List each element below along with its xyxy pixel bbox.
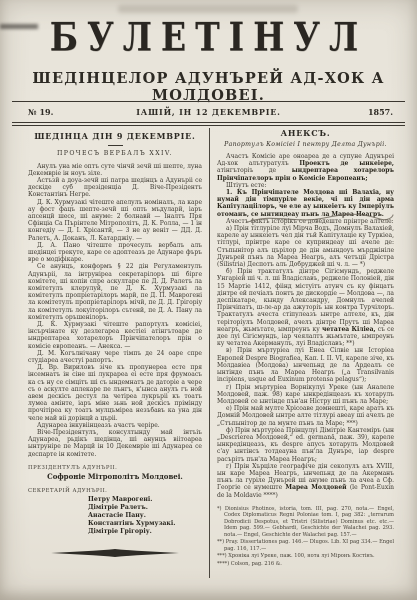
footnotes-block: *) Dionisius Photinos, istoria, tom. III… <box>217 506 394 568</box>
footnote: ***) Хроніка луі Уреке, паж. 100, нота л… <box>217 553 394 560</box>
footnote: ****) Colson, pag. 216 &. <box>217 561 394 568</box>
president-label: ПРЕЗІДЕНТУЛЪ АДУНЪРІІ. <box>28 465 202 471</box>
secretary-name: Константінъ Хурмузакі. <box>88 520 202 528</box>
text-segment: б) Прін трактатулъ дінтре Сігісмундъ, ре… <box>217 268 394 333</box>
place-and-date: ІАШІЙ, ІН 12 ДЕКЕМВРІЕ. <box>0 107 417 117</box>
column-divider-rule <box>209 128 210 578</box>
session-heading: ШЕДІНЦА ДІН 9 ДЕКЕМВРІЕ. <box>28 131 202 141</box>
list-item-f: ф) Прін мъртуріеа Прінцулуі Дімітріе Кан… <box>217 427 394 463</box>
body-paragraph: Д. К. Хурмузакі чітеште рапортулъ комісі… <box>28 321 202 350</box>
body-paragraph: Д. А. Пано чітеште прочесулъ вербалъ алъ… <box>28 242 202 264</box>
tapered-end-divider <box>51 549 179 557</box>
body-paragraph: Се анунцъ, конформъ § 22 дін Регуламенту… <box>28 263 202 321</box>
secretary-name: Дімітріе Ралетъ. <box>88 504 202 512</box>
bold-text-segment: Мареа Молдовей <box>285 484 346 491</box>
bold-text-segment: Проектъ де ынкеіере, <box>299 160 394 167</box>
left-column: ШЕДІНЦА ДІН 9 ДЕКЕМВРІЕ. ПРОЧЕСЪ ВЕРБАЛЪ… <box>28 131 202 557</box>
annex-heading: АНЕКСЪ. <box>217 128 394 138</box>
list-item-c: в) Прін мъртуріеа луі Енеа Сілвіе ын Іст… <box>217 347 394 383</box>
masthead-title: БУЛЕТІНУЛ <box>0 14 417 60</box>
masthead-subtitle: ШЕДІНЦЕЛОР АДУНЪРЕЙ АД-ХОК А МОЛДОВЕІ. <box>0 70 417 104</box>
bold-text-segment: четатеа Кіліеа, <box>322 326 376 333</box>
list-item-e: е) Прін май мулте Хрісоаве домнешті, кар… <box>217 405 394 427</box>
body-paragraph: Д. М. Когълнічану чере тімпъ де 24 оаре … <box>28 350 202 364</box>
secretary-name: Петру Маврогені. <box>88 496 202 504</box>
body-paragraph: Віче-Презідентулъ, консултынду май інтъі… <box>28 429 202 458</box>
proces-verbal-subheading: ПРОЧЕСЪ ВЕРБАЛЪ XXIV. <box>28 150 202 157</box>
body-paragraph: Адунареа інкувіінцеазъ ачастъ черіре. <box>28 422 202 429</box>
annex-intro-paragraph: Ачастъ Комісіе аре оноареа де а супуне А… <box>217 153 394 182</box>
footnote: **) Pray. Dissertationes pag. 146.— Dlug… <box>217 539 394 552</box>
pen-squiggle-annotation <box>246 211 396 227</box>
list-item-d: г) Прін мъртуріеа Ворнікулуі Уреке (ын А… <box>217 384 394 406</box>
body-paragraph: Астъзй а доуа-зечй ші патра шедінцъ а Ад… <box>28 177 202 199</box>
dateline-bottom-double-rule <box>12 122 405 126</box>
heading-divider <box>108 145 123 146</box>
body-paragraph: Анулъ уна міе оптъ суте чінчй зечй ші ше… <box>28 163 202 177</box>
secretary-name: Дімітріе Грігоріу. <box>88 528 202 536</box>
year: 1857. <box>368 107 393 117</box>
dateline: № 19. ІАШІЙ, ІН 12 ДЕКЕМВРІЕ. 1857. <box>0 104 417 120</box>
body-paragraph: Д. Вр. Вириловъ зіче къ пропунереа есте … <box>28 364 202 422</box>
secretary-name: Анастасіе Пану. <box>88 512 202 520</box>
body-paragraph: Д. К. Хурмузакі чітеште апелулъ номіналъ… <box>28 199 202 242</box>
right-column: АНЕКСЪ. Рапортулъ Комісіеі І пентру Делт… <box>217 128 394 568</box>
annex-report-subtitle: Рапортулъ Комісіеі І пентру Делта Дунърі… <box>217 141 394 148</box>
president-signature: Софроніе Мітрополітъ Молдовеі. <box>28 472 202 481</box>
list-item-b: б) Прін трактатулъ дінтре Сігісмундъ, ре… <box>217 268 394 347</box>
known-line: Штіутъ есте: <box>217 182 394 189</box>
footnote: *) Dionisius Photinos, istoria, tom. III… <box>217 506 394 539</box>
scanned-newspaper-page: БУЛЕТІНУЛ ШЕДІНЦЕЛОР АДУНЪРЕЙ АД-ХОК А М… <box>0 0 417 600</box>
secretaries-label: СЕКРЕТАРІЙ АДУНЪРІІ. <box>28 488 202 494</box>
list-item-a: а) Прін тітлуріле луі Мірча Водъ, Домнул… <box>217 225 394 268</box>
text-segment: атінгъторіъ де <box>217 167 292 174</box>
secretary-signatures: Петру Маврогені. Дімітріе Ралетъ. Анаста… <box>88 496 202 536</box>
ink-bleed-ghost <box>118 5 298 13</box>
dateline-top-rule <box>12 101 405 102</box>
list-item-g: г) Прін Хърціле географіче дін секолулъ … <box>217 463 394 499</box>
